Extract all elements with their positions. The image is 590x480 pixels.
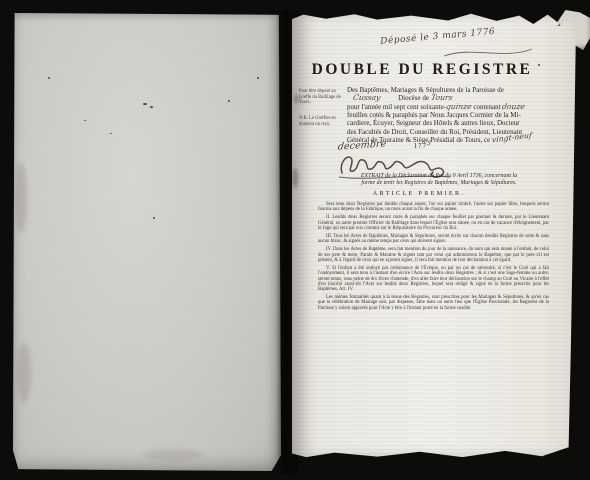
paper-stain xyxy=(15,163,27,233)
preamble-text: pour l'année mil sept cent soixante- xyxy=(347,103,446,111)
paper-stain xyxy=(143,449,203,461)
preamble-block: Des Baptêmes, Mariages & Sépultures de l… xyxy=(347,86,531,144)
paper-speck xyxy=(228,100,230,102)
article-paragraph: IV. Dans les Actes de Baptême, sera fait… xyxy=(318,247,549,263)
scanned-register-spread: 1 Déposé le 3 mars 1776 DOUBLE DU REGIST… xyxy=(0,0,590,480)
paper-speck xyxy=(150,106,153,108)
article-paragraph: II. Lesdits deux Registres seront cotés … xyxy=(318,215,549,231)
right-printed-page: 1 Déposé le 3 mars 1776 DOUBLE DU REGIST… xyxy=(292,12,576,458)
paper-speck xyxy=(143,103,147,105)
gutter-ink-smudge xyxy=(292,168,298,188)
left-blank-page xyxy=(13,13,281,471)
articles-body: Sera tenu deux Registres par double chaq… xyxy=(318,202,549,314)
preamble-line: cardiere, Écuyer, Seigneur des Hôtels & … xyxy=(347,119,531,127)
handwritten-year-suffix: quinze xyxy=(445,103,472,111)
paper-speck xyxy=(110,133,112,134)
margin-note-greffier: N.B. Le Greffier en donnera un reçu. xyxy=(299,116,341,127)
handwritten-parish-name: Cussay xyxy=(352,94,381,102)
article-premier-heading: ARTICLE PREMIER. xyxy=(292,190,546,197)
paper-speck xyxy=(48,77,50,79)
article-paragraph: III. Tous les Actes de Baptêmes, Mariage… xyxy=(318,234,549,245)
preamble-line: feuilles cotés & paraphés par Nous Jacqu… xyxy=(347,111,531,119)
date-line: décembre 1775 xyxy=(338,140,431,151)
preamble-text: Diocèse de xyxy=(398,94,429,102)
extrait-line: forme de tenir les Registres de Baptêmes… xyxy=(330,180,548,187)
article-paragraph: Sera tenu deux Registres par double chaq… xyxy=(318,202,549,213)
margin-note-depot: Pour être déposé au Greffe du Bailliage … xyxy=(299,89,341,106)
preamble-line: pour l'année mil sept cent soixante-quin… xyxy=(347,103,531,111)
paper-speck xyxy=(257,77,259,79)
paper-speck xyxy=(153,217,155,219)
article-paragraph: Les mêmes formalités quant à la tenue de… xyxy=(318,295,549,311)
printed-year: 177 xyxy=(414,142,428,150)
deposit-note-handwritten: Déposé le 3 mars 1776 xyxy=(380,21,560,47)
handwritten-sheet-count: douze xyxy=(502,103,526,111)
handwriting-flourish xyxy=(442,46,534,60)
extrait-declaration: EXTRAIT de la Déclaration du Roi du 9 Av… xyxy=(330,173,548,187)
gutter-ink-smudge xyxy=(294,94,299,104)
handwritten-year-digit: 5 xyxy=(427,140,432,147)
preamble-text: contenant xyxy=(473,103,500,111)
article-paragraph: V. Si l'enfant a été ondoyé par ordonnan… xyxy=(318,266,549,293)
paper-speck xyxy=(84,120,86,121)
document-title: DOUBLE DU REGISTRE xyxy=(292,61,552,79)
paper-stain xyxy=(17,343,31,403)
paper-speck xyxy=(538,64,540,66)
